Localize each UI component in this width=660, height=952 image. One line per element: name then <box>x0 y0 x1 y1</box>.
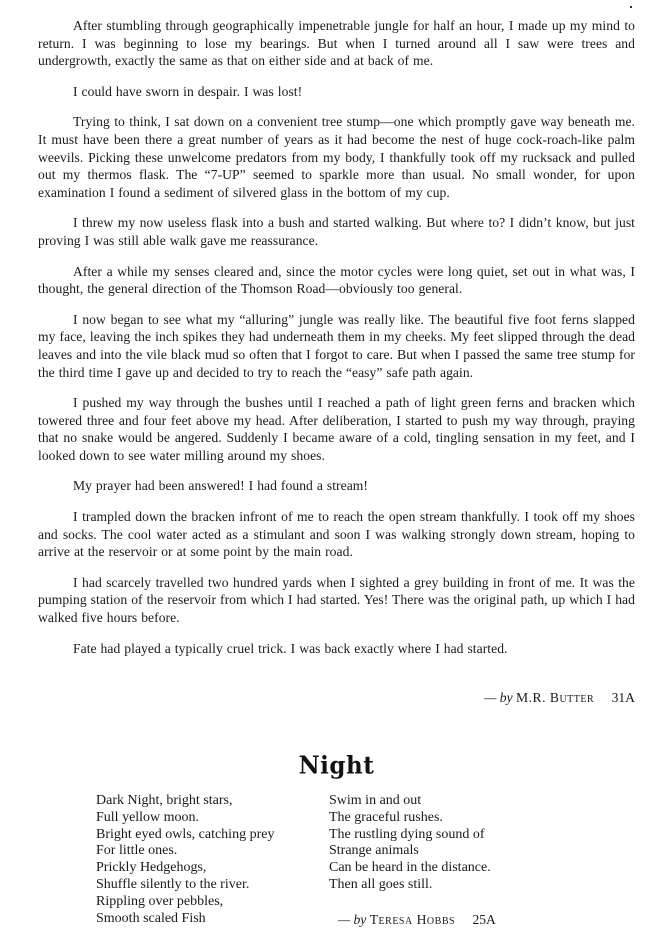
poem-line: Prickly Hedgehogs, <box>96 860 329 877</box>
byline-form: 25A <box>472 912 495 927</box>
poem-column-right: Swim in and out The graceful rushes. The… <box>329 793 589 927</box>
story-body: After stumbling through geographically i… <box>38 17 635 670</box>
byline-prefix: — by <box>338 912 366 927</box>
story-paragraph: My prayer had been answered! I had found… <box>38 477 635 495</box>
story-paragraph: After stumbling through geographically i… <box>38 17 635 70</box>
poem-line: The graceful rushes. <box>329 810 589 827</box>
story-paragraph: I trampled down the bracken infront of m… <box>38 508 635 561</box>
byline-author: M.R. Butter <box>516 690 594 705</box>
byline-author: Teresa Hobbs <box>370 912 455 927</box>
story-paragraph: I pushed my way through the bushes until… <box>38 394 635 464</box>
poem-line: Can be heard in the distance. <box>329 860 589 877</box>
story-paragraph: I now began to see what my “alluring” ju… <box>38 311 635 381</box>
poem-line: For little ones. <box>96 843 329 860</box>
poem-line: Shuffle silently to the river. <box>96 877 329 894</box>
story-paragraph: After a while my senses cleared and, sin… <box>38 263 635 298</box>
poem-column-left: Dark Night, bright stars, Full yellow mo… <box>96 793 329 927</box>
byline-form: 31A <box>612 690 635 705</box>
poem-line: Smooth scaled Fish <box>96 911 329 928</box>
poem-line: Bright eyed owls, catching prey <box>96 827 329 844</box>
poem-line: Dark Night, bright stars, <box>96 793 329 810</box>
byline-prefix: — by <box>484 690 512 705</box>
story-paragraph: I had scarcely travelled two hundred yar… <box>38 574 635 627</box>
corner-mark <box>630 6 632 8</box>
poem-line: Rippling over pebbles, <box>96 894 329 911</box>
poem-body: Dark Night, bright stars, Full yellow mo… <box>96 793 596 927</box>
story-paragraph: I threw my now useless flask into a bush… <box>38 214 635 249</box>
poem-title: Night <box>38 751 635 779</box>
poem-line: The rustling dying sound of <box>329 827 589 844</box>
story-paragraph: Fate had played a typically cruel trick.… <box>38 640 635 658</box>
story-byline: — by M.R. Butter 31A <box>38 690 635 706</box>
poem-line: Then all goes still. <box>329 877 589 894</box>
poem-line: Full yellow moon. <box>96 810 329 827</box>
poem-line: Swim in and out <box>329 793 589 810</box>
poem-byline: — by Teresa Hobbs 25A <box>338 912 578 928</box>
story-paragraph: Trying to think, I sat down on a conveni… <box>38 113 635 201</box>
poem-line: Strange animals <box>329 843 589 860</box>
story-paragraph: I could have sworn in despair. I was los… <box>38 83 635 101</box>
